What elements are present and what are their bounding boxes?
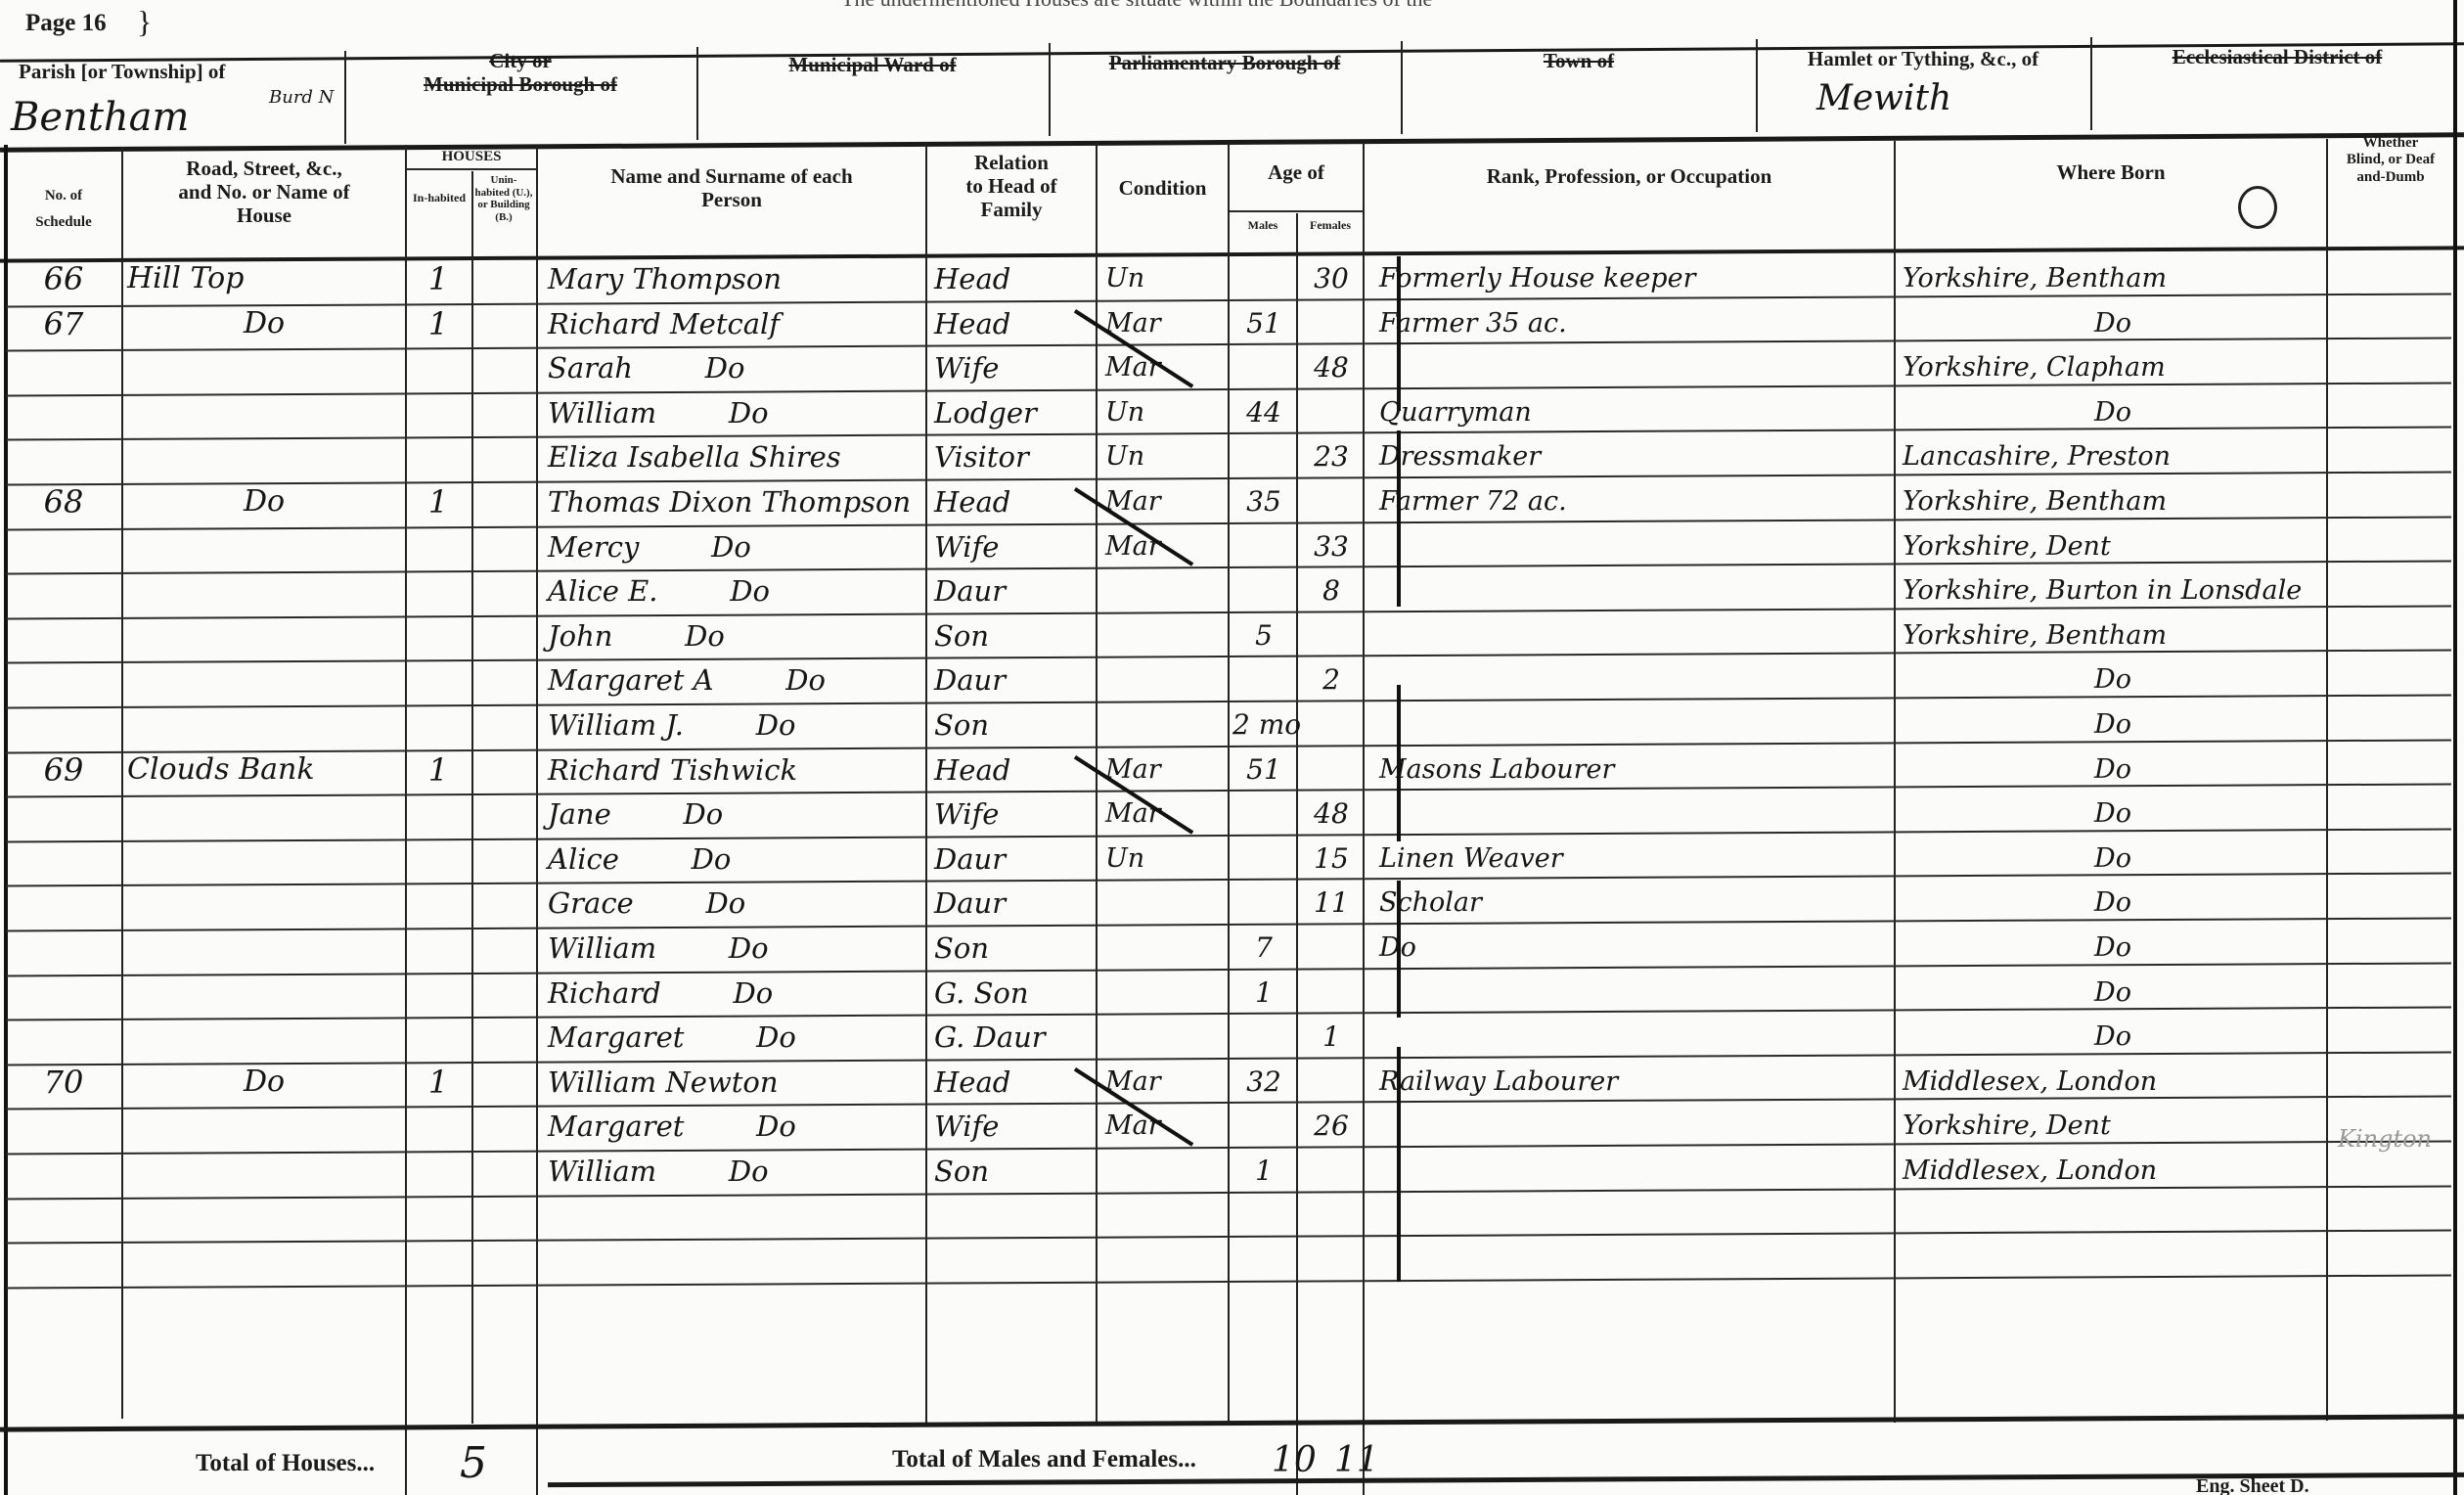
schedule-cell — [10, 971, 117, 1016]
condition-cell — [1105, 1015, 1228, 1060]
ecclesiastical-label: Ecclesiastical District of — [2092, 45, 2462, 68]
male-age-cell: 2 mo — [1232, 702, 1295, 747]
schedule-cell — [10, 390, 117, 435]
male-age-cell — [1232, 881, 1295, 926]
condition-cell — [1105, 971, 1228, 1016]
table-row: 70Do1William NewtonHeadMar32Railway Labo… — [0, 1060, 2453, 1105]
hamlet-value: Mewith — [1816, 78, 1951, 118]
schedule-cell — [10, 524, 117, 569]
name-cell: William J. Do — [548, 702, 924, 747]
schedule-cell — [10, 1104, 117, 1149]
born-cell: Lancashire, Preston — [1903, 434, 2323, 479]
name-cell: Grace Do — [548, 881, 924, 926]
header-box-parliamentary: Parliamentary Borough of — [1051, 43, 1399, 129]
hamlet-label: Hamlet or Tything, &c., of — [1758, 47, 2088, 70]
name-cell: Thomas Dixon Thompson — [548, 479, 924, 524]
condition-cell — [1105, 568, 1228, 613]
relation-cell: Son — [934, 926, 1096, 971]
male-age-cell: 51 — [1232, 301, 1295, 346]
inhabited-cell — [409, 971, 468, 1016]
female-age-cell: 2 — [1301, 657, 1362, 702]
inhabited-cell: 1 — [409, 1060, 468, 1105]
schedule-cell: 69 — [10, 747, 117, 793]
col-header-schedule: No. of Schedule — [6, 188, 121, 232]
occupation-cell — [1379, 1149, 1888, 1194]
born-cell: Do — [1903, 881, 2323, 926]
occupation-cell: Do — [1379, 926, 1888, 971]
male-age-cell — [1232, 524, 1295, 569]
occupation-cell: Formerly House keeper — [1379, 256, 1888, 301]
relation-cell: Head — [934, 747, 1096, 793]
name-cell: Eliza Isabella Shires — [548, 434, 924, 479]
col-header-males: Males — [1230, 219, 1296, 233]
col-header-relation: Relation to Head of Family — [927, 151, 1096, 221]
schedule-cell — [10, 434, 117, 479]
born-cell: Yorkshire, Dent — [1903, 1104, 2323, 1149]
inhabited-cell — [409, 837, 468, 882]
name-cell: Margaret Do — [548, 1104, 924, 1149]
road-cell — [127, 1194, 401, 1239]
table-row: Richard DoG. Son1Do — [0, 971, 2453, 1016]
schedule-cell: 68 — [10, 479, 117, 524]
road-cell: Do — [127, 301, 401, 346]
male-age-cell — [1232, 345, 1295, 390]
occupation-cell — [1379, 1238, 1888, 1283]
road-cell — [127, 1149, 401, 1194]
name-cell: Margaret Do — [548, 1015, 924, 1060]
occupation-cell — [1379, 345, 1888, 390]
relation-cell: Daur — [934, 881, 1096, 926]
name-cell: William Do — [548, 926, 924, 971]
col-header-uninhabited: Unin-habited (U.), or Building (B.) — [473, 174, 534, 224]
inhabited-cell — [409, 657, 468, 702]
tally-stroke — [1397, 256, 1401, 411]
name-cell: William Do — [548, 1149, 924, 1194]
occupation-cell — [1379, 524, 1888, 569]
table-row: Margaret DoWifeMar26Yorkshire, Dent — [0, 1104, 2453, 1149]
female-age-cell — [1301, 613, 1362, 658]
relation-cell: Head — [934, 1060, 1096, 1105]
schedule-cell — [10, 837, 117, 882]
female-age-cell: 23 — [1301, 434, 1362, 479]
female-age-cell: 8 — [1301, 568, 1362, 613]
city-label-line1: City or — [346, 49, 694, 72]
female-age-cell: 30 — [1301, 256, 1362, 301]
town-label: Town of — [1403, 49, 1755, 72]
table-row: Alice DoDaurUn15Linen WeaverDo — [0, 837, 2453, 882]
inhabited-cell — [409, 1238, 468, 1283]
occupation-cell: Dressmaker — [1379, 434, 1888, 479]
page-label: Page 16 — [25, 10, 107, 38]
total-females-value: 11 — [1334, 1440, 1379, 1480]
condition-cell: Un — [1105, 837, 1228, 882]
male-age-cell — [1232, 1194, 1295, 1239]
col-header-where-born: Where Born — [1896, 160, 2326, 184]
female-age-cell — [1301, 1238, 1362, 1283]
inhabited-cell: 1 — [409, 747, 468, 793]
table-row: Mercy DoWifeMar33Yorkshire, Dent — [0, 524, 2453, 569]
occupation-cell — [1379, 971, 1888, 1016]
born-cell: Middlesex, London — [1903, 1060, 2323, 1105]
male-age-cell: 32 — [1232, 1060, 1295, 1105]
relation-cell — [934, 1194, 1096, 1239]
condition-cell — [1105, 881, 1228, 926]
inhabited-cell — [409, 434, 468, 479]
born-cell: Do — [1903, 301, 2323, 346]
female-age-cell — [1301, 971, 1362, 1016]
condition-cell: Un — [1105, 390, 1228, 435]
female-age-cell: 48 — [1301, 345, 1362, 390]
condition-cell — [1105, 1149, 1228, 1194]
parliamentary-label: Parliamentary Borough of — [1051, 51, 1399, 74]
occupation-cell — [1379, 792, 1888, 837]
born-cell: Do — [1903, 792, 2323, 837]
name-cell — [548, 1238, 924, 1283]
relation-cell: Son — [934, 702, 1096, 747]
parish-annotation: Burd N — [269, 87, 334, 108]
occupation-cell: Scholar — [1379, 881, 1888, 926]
male-age-cell — [1232, 1015, 1295, 1060]
inhabited-cell: 1 — [409, 479, 468, 524]
condition-cell — [1105, 1238, 1228, 1283]
occupation-cell — [1379, 1015, 1888, 1060]
born-cell: Do — [1903, 657, 2323, 702]
relation-cell — [934, 1238, 1096, 1283]
header-box-town: Town of — [1403, 41, 1755, 127]
female-age-cell: 26 — [1301, 1104, 1362, 1149]
name-cell: William Newton — [548, 1060, 924, 1105]
inhabited-cell — [409, 1149, 468, 1194]
relation-cell: Wife — [934, 524, 1096, 569]
header-box-hamlet: Hamlet or Tything, &c., of Mewith — [1758, 39, 2088, 125]
col-header-blind: Whether Blind, or Deaf and-Dumb — [2328, 135, 2453, 186]
condition-cell: Un — [1105, 434, 1228, 479]
female-age-cell — [1301, 479, 1362, 524]
table-row — [0, 1194, 2453, 1239]
name-cell: Mercy Do — [548, 524, 924, 569]
occupation-cell: Linen Weaver — [1379, 837, 1888, 882]
male-age-cell — [1232, 1104, 1295, 1149]
road-cell: Hill Top — [127, 256, 401, 301]
male-age-cell: 44 — [1232, 390, 1295, 435]
tally-stroke — [1397, 881, 1401, 1018]
road-cell — [127, 345, 401, 390]
table-row — [0, 1238, 2453, 1283]
born-cell: Do — [1903, 702, 2323, 747]
name-cell: Sarah Do — [548, 345, 924, 390]
male-age-cell — [1232, 837, 1295, 882]
table-row: Alice E. DoDaur8Yorkshire, Burton in Lon… — [0, 568, 2453, 613]
table-row: 68Do1Thomas Dixon ThompsonHeadMar35Farme… — [0, 479, 2453, 524]
male-age-cell: 1 — [1232, 971, 1295, 1016]
born-cell — [1903, 1238, 2323, 1283]
occupation-cell: Farmer 72 ac. — [1379, 479, 1888, 524]
tally-stroke — [1397, 1047, 1401, 1282]
road-cell — [127, 702, 401, 747]
schedule-cell: 67 — [10, 301, 117, 346]
page-brace: } — [137, 4, 152, 40]
header-box-ward: Municipal Ward of — [698, 45, 1047, 131]
total-persons-label: Total of Males and Females... — [892, 1446, 1196, 1474]
male-age-cell: 51 — [1232, 747, 1295, 793]
name-cell: Mary Thompson — [548, 256, 924, 301]
name-cell — [548, 1194, 924, 1239]
female-age-cell: 15 — [1301, 837, 1362, 882]
relation-cell: Head — [934, 256, 1096, 301]
header-box-city: City or Municipal Borough of — [346, 49, 694, 135]
table-row: 67Do1Richard MetcalfHeadMar51Farmer 35 a… — [0, 301, 2453, 346]
condition-cell — [1105, 702, 1228, 747]
col-header-occupation: Rank, Profession, or Occupation — [1365, 164, 1894, 188]
condition-cell — [1105, 1194, 1228, 1239]
road-cell — [127, 881, 401, 926]
occupation-cell — [1379, 613, 1888, 658]
inhabited-cell — [409, 1015, 468, 1060]
born-cell: Do — [1903, 1015, 2323, 1060]
inhabited-cell — [409, 1194, 468, 1239]
born-cell: Yorkshire, Bentham — [1903, 479, 2323, 524]
relation-cell: Visitor — [934, 434, 1096, 479]
inhabited-cell — [409, 926, 468, 971]
inhabited-cell: 1 — [409, 301, 468, 346]
table-row: John DoSon5Yorkshire, Bentham — [0, 613, 2453, 658]
male-age-cell — [1232, 1238, 1295, 1283]
inhabited-cell — [409, 524, 468, 569]
male-age-cell: 1 — [1232, 1149, 1295, 1194]
female-age-cell: 48 — [1301, 792, 1362, 837]
table-row: William DoSon1Middlesex, London — [0, 1149, 2453, 1194]
relation-cell: Daur — [934, 657, 1096, 702]
road-cell: Do — [127, 479, 401, 524]
tally-stroke — [1397, 430, 1401, 607]
inhabited-cell — [409, 702, 468, 747]
female-age-cell — [1301, 1149, 1362, 1194]
born-cell: Yorkshire, Bentham — [1903, 256, 2323, 301]
female-age-cell: 1 — [1301, 1015, 1362, 1060]
relation-cell: Head — [934, 301, 1096, 346]
footer-sheet-label: Eng. Sheet D. — [2196, 1475, 2309, 1495]
relation-cell: Wife — [934, 1104, 1096, 1149]
schedule-cell — [10, 657, 117, 702]
female-age-cell: 11 — [1301, 881, 1362, 926]
tally-stroke — [1397, 685, 1401, 841]
name-cell: John Do — [548, 613, 924, 658]
female-age-cell — [1301, 1194, 1362, 1239]
col-header-females: Females — [1298, 219, 1363, 233]
relation-cell: Lodger — [934, 390, 1096, 435]
road-cell — [127, 1104, 401, 1149]
occupation-cell — [1379, 657, 1888, 702]
road-cell — [127, 971, 401, 1016]
col-header-condition: Condition — [1098, 176, 1228, 200]
table-row: 69Clouds Bank1Richard TishwickHeadMar51M… — [0, 747, 2453, 793]
table-row: William DoLodgerUn44QuarrymanDo — [0, 390, 2453, 435]
schedule-cell — [10, 568, 117, 613]
occupation-cell: Quarryman — [1379, 390, 1888, 435]
born-cell — [1903, 1194, 2323, 1239]
road-cell: Clouds Bank — [127, 747, 401, 793]
male-age-cell: 7 — [1232, 926, 1295, 971]
name-cell: William Do — [548, 390, 924, 435]
inhabited-cell — [409, 1104, 468, 1149]
condition-cell: Un — [1105, 256, 1228, 301]
female-age-cell: 33 — [1301, 524, 1362, 569]
male-age-cell: 35 — [1232, 479, 1295, 524]
female-age-cell — [1301, 747, 1362, 793]
relation-cell: G. Daur — [934, 1015, 1096, 1060]
col-header-name: Name and Surname of each Person — [538, 164, 925, 211]
ward-label: Municipal Ward of — [698, 53, 1047, 76]
relation-cell: Wife — [934, 792, 1096, 837]
table-row: Eliza Isabella ShiresVisitorUn23Dressmak… — [0, 434, 2453, 479]
schedule-cell — [10, 1238, 117, 1283]
schedule-cell — [10, 792, 117, 837]
total-houses-label: Total of Houses... — [196, 1450, 375, 1478]
born-cell: Do — [1903, 971, 2323, 1016]
inhabited-cell — [409, 792, 468, 837]
name-cell: Jane Do — [548, 792, 924, 837]
road-cell — [127, 390, 401, 435]
road-cell — [127, 613, 401, 658]
schedule-cell: 66 — [10, 256, 117, 301]
col-header-age: Age of — [1230, 160, 1363, 184]
schedule-cell — [10, 702, 117, 747]
header-box-ecclesiastical: Ecclesiastical District of — [2092, 37, 2462, 123]
name-cell: Alice E. Do — [548, 568, 924, 613]
female-age-cell — [1301, 702, 1362, 747]
occupation-cell: Farmer 35 ac. — [1379, 301, 1888, 346]
female-age-cell — [1301, 1060, 1362, 1105]
born-cell: Yorkshire, Bentham — [1903, 613, 2323, 658]
born-cell: Yorkshire, Dent — [1903, 524, 2323, 569]
road-cell — [127, 792, 401, 837]
male-age-cell — [1232, 434, 1295, 479]
road-cell — [127, 657, 401, 702]
road-cell — [127, 1015, 401, 1060]
name-cell: Richard Tishwick — [548, 747, 924, 793]
relation-cell: Wife — [934, 345, 1096, 390]
inhabited-cell — [409, 568, 468, 613]
total-males-value: 10 — [1272, 1440, 1317, 1480]
inhabited-cell: 1 — [409, 256, 468, 301]
relation-cell: Daur — [934, 568, 1096, 613]
circle-mark — [2238, 186, 2277, 229]
table-row: 66Hill Top1Mary ThompsonHeadUn30Formerly… — [0, 256, 2453, 301]
inhabited-cell — [409, 613, 468, 658]
name-cell: Margaret A Do — [548, 657, 924, 702]
born-cell: Do — [1903, 837, 2323, 882]
name-cell: Richard Metcalf — [548, 301, 924, 346]
schedule-cell — [10, 1015, 117, 1060]
header-box-parish: Parish [or Township] of Bentham Burd N — [5, 54, 342, 140]
city-label-line2: Municipal Borough of — [346, 72, 694, 96]
road-cell — [127, 568, 401, 613]
relation-cell: Son — [934, 1149, 1096, 1194]
table-row: William DoSon7DoDo — [0, 926, 2453, 971]
parish-value: Bentham — [11, 95, 189, 140]
col-header-inhabited: In-habited — [409, 192, 470, 205]
name-cell: Richard Do — [548, 971, 924, 1016]
road-cell: Do — [127, 1060, 401, 1105]
condition-cell — [1105, 926, 1228, 971]
occupation-cell: Railway Labourer — [1379, 1060, 1888, 1105]
male-age-cell — [1232, 568, 1295, 613]
schedule-cell — [10, 613, 117, 658]
margin-note: Kington — [2338, 1125, 2432, 1153]
male-age-cell — [1232, 256, 1295, 301]
table-row: William J. DoSon2 moDo — [0, 702, 2453, 747]
female-age-cell — [1301, 301, 1362, 346]
inhabited-cell — [409, 390, 468, 435]
road-cell — [127, 434, 401, 479]
inhabited-cell — [409, 345, 468, 390]
male-age-cell — [1232, 792, 1295, 837]
road-cell — [127, 1238, 401, 1283]
top-caption: The undermentioned Houses are situate wi… — [841, 0, 1432, 11]
born-cell: Do — [1903, 390, 2323, 435]
schedule-cell — [10, 1149, 117, 1194]
road-cell — [127, 926, 401, 971]
male-age-cell — [1232, 657, 1295, 702]
table-row: Grace DoDaur11ScholarDo — [0, 881, 2453, 926]
condition-cell — [1105, 613, 1228, 658]
born-cell: Yorkshire, Clapham — [1903, 345, 2323, 390]
born-cell: Do — [1903, 926, 2323, 971]
occupation-cell — [1379, 1194, 1888, 1239]
relation-cell: Son — [934, 613, 1096, 658]
occupation-cell — [1379, 1104, 1888, 1149]
schedule-cell — [10, 926, 117, 971]
table-row: Jane DoWifeMar48Do — [0, 792, 2453, 837]
parish-label: Parish [or Township] of — [19, 60, 225, 83]
inhabited-cell — [409, 881, 468, 926]
total-houses-value: 5 — [460, 1438, 487, 1488]
name-cell: Alice Do — [548, 837, 924, 882]
road-cell — [127, 837, 401, 882]
occupation-cell — [1379, 568, 1888, 613]
schedule-cell — [10, 1194, 117, 1239]
condition-cell — [1105, 657, 1228, 702]
female-age-cell — [1301, 390, 1362, 435]
relation-cell: G. Son — [934, 971, 1096, 1016]
male-age-cell: 5 — [1232, 613, 1295, 658]
schedule-cell — [10, 345, 117, 390]
col-header-road: Road, Street, &c., and No. or Name of Ho… — [123, 157, 405, 227]
col-header-houses: HOUSES — [407, 149, 536, 165]
born-cell: Do — [1903, 747, 2323, 793]
table-row: Margaret A DoDaur2Do — [0, 657, 2453, 702]
female-age-cell — [1301, 926, 1362, 971]
born-cell: Yorkshire, Burton in Lonsdale — [1903, 568, 2323, 613]
relation-cell: Head — [934, 479, 1096, 524]
table-row: Margaret DoG. Daur1Do — [0, 1015, 2453, 1060]
schedule-cell — [10, 881, 117, 926]
road-cell — [127, 524, 401, 569]
schedule-cell: 70 — [10, 1060, 117, 1105]
born-cell: Middlesex, London — [1903, 1149, 2323, 1194]
relation-cell: Daur — [934, 837, 1096, 882]
table-row: Sarah DoWifeMar48Yorkshire, Clapham — [0, 345, 2453, 390]
occupation-cell: Masons Labourer — [1379, 747, 1888, 793]
occupation-cell — [1379, 702, 1888, 747]
